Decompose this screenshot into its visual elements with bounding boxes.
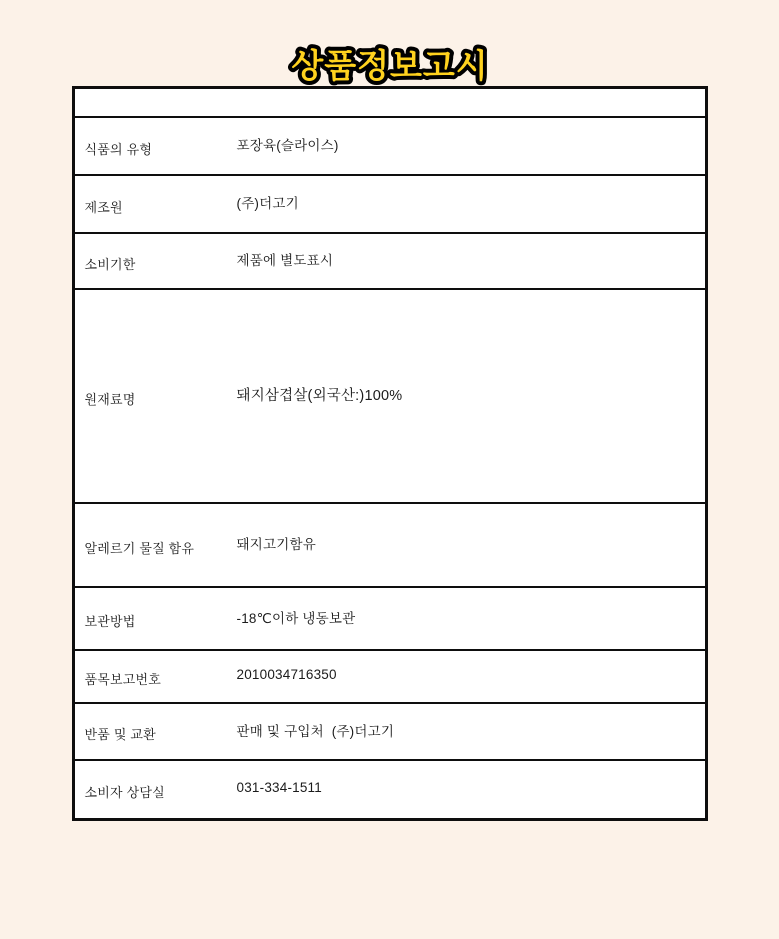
row-value: 포장육(슬라이스) (237, 134, 705, 154)
row-value: -18℃이하 냉동보관 (237, 607, 705, 627)
table-row-food-type: 식품의 유형 포장육(슬라이스) (75, 118, 705, 176)
row-label: 제조원 (85, 197, 237, 216)
row-label: 품목보고번호 (85, 669, 237, 688)
row-value: (주)더고기 (237, 192, 705, 212)
table-row-ingredients: 원재료명 돼지삼겹살(외국산:)100% (75, 290, 705, 504)
page-header: 상품정보고시 (0, 0, 779, 86)
row-label: 소비기한 (85, 254, 237, 273)
row-value: 제품에 별도표시 (237, 249, 705, 269)
row-label: 원재료명 (85, 389, 237, 408)
table-row-customer-service: 소비자 상담실 031-334-1511 (75, 761, 705, 818)
row-label: 소비자 상담실 (85, 782, 237, 801)
product-info-table: 식품의 유형 포장육(슬라이스) 제조원 (주)더고기 소비기한 제품에 별도표… (72, 86, 708, 821)
row-label: 식품의 유형 (85, 139, 237, 158)
row-value: 돼지삼겹살(외국산:)100% (237, 384, 705, 405)
row-value: 판매 및 구입처 (주)더고기 (237, 720, 705, 740)
table-row-empty (75, 89, 705, 118)
row-label: 보관방법 (85, 611, 237, 630)
row-value: 돼지고기함유 (237, 533, 705, 553)
table-row-report-number: 품목보고번호 2010034716350 (75, 651, 705, 704)
row-value: 2010034716350 (237, 667, 705, 682)
table-row-expiry: 소비기한 제품에 별도표시 (75, 234, 705, 290)
row-label: 알레르기 물질 함유 (85, 538, 237, 557)
table-row-manufacturer: 제조원 (주)더고기 (75, 176, 705, 234)
page-title: 상품정보고시 (291, 47, 488, 84)
row-value: 031-334-1511 (237, 780, 705, 795)
table-row-allergens: 알레르기 물질 함유 돼지고기함유 (75, 504, 705, 588)
page-title-graphic: 상품정보고시 (240, 38, 540, 88)
table-row-returns: 반품 및 교환 판매 및 구입처 (주)더고기 (75, 704, 705, 761)
row-label: 반품 및 교환 (85, 724, 237, 743)
table-row-storage: 보관방법 -18℃이하 냉동보관 (75, 588, 705, 651)
